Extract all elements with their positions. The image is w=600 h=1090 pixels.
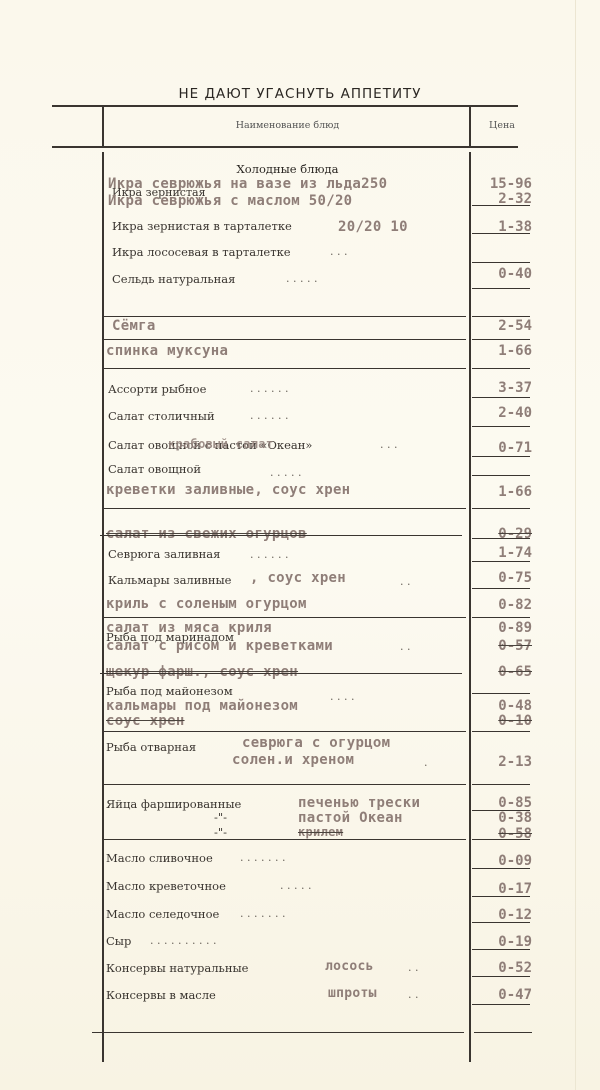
table-col-divider [469, 152, 471, 1062]
leader-dots: . . . . . . . [240, 851, 285, 864]
row-rule [104, 784, 466, 785]
price-underline [472, 475, 530, 476]
price: 15-96 [480, 176, 532, 192]
price-underline [472, 1004, 530, 1005]
typed-item: креветки заливные, соус хрен [106, 482, 350, 498]
price-underline [472, 949, 530, 950]
price-underline [472, 839, 530, 840]
printed-item: Консервы в масле [106, 988, 216, 1002]
printed-item: Масло сливочное [106, 851, 213, 865]
printed-item: Рыба под майонезом [106, 684, 233, 698]
typed-item: печенью трески [298, 795, 420, 811]
price: 0-17 [480, 881, 532, 897]
price: 0-48 [480, 698, 532, 714]
leader-dots: . . [400, 640, 411, 653]
price-underline [472, 426, 530, 427]
typed-item-struck: салат из свежих огурцов [106, 526, 307, 542]
typed-item: солен.и хреном [232, 752, 354, 768]
typed-item-struck: крилем [298, 825, 343, 839]
leader-dots: . . . . . [280, 879, 311, 892]
price-underline [472, 922, 530, 923]
price-underline [472, 731, 530, 732]
price-underline [472, 368, 530, 369]
price-underline [472, 205, 530, 206]
typed-item: шпроты [328, 986, 377, 1001]
price-underline [472, 339, 530, 340]
price-underline [472, 508, 530, 509]
printed-item: Рыба отварная [106, 740, 196, 754]
leader-dots: . . . [380, 438, 397, 451]
price: 1-66 [480, 484, 532, 500]
row-rule [104, 617, 466, 618]
price: 0-82 [480, 597, 532, 613]
price: 1-66 [480, 343, 532, 359]
typed-item: пастой Океан [298, 810, 403, 826]
price: 0-57 [480, 638, 532, 654]
printed-item: Салат овощной [108, 462, 201, 476]
price-underline [472, 316, 530, 317]
price-underline [472, 233, 530, 234]
price: 0-38 [480, 810, 532, 826]
typed-item: Икра севрюжья с маслом 50/20 [108, 193, 352, 209]
printed-item: Консервы натуральные [106, 961, 248, 975]
table-left-border [102, 152, 104, 1062]
typed-item: лосось [325, 959, 374, 974]
price-underline [472, 456, 530, 457]
typed-item: 20/20 10 [338, 219, 408, 235]
ditto-mark: -"- [214, 825, 227, 839]
leader-dots: . [424, 756, 428, 769]
price: 2-40 [480, 405, 532, 421]
row-rule [104, 731, 466, 732]
leader-dots: . . . . [330, 690, 354, 703]
page-title: НЕ ДАЮТ УГАСНУТЬ АППЕТИТУ [0, 86, 600, 102]
price-underline [472, 262, 530, 263]
typed-item-struck: щекур фарш., соус хрен [106, 664, 298, 680]
row-rule [104, 316, 466, 317]
typed-item: криль с соленым огурцом [106, 596, 307, 612]
printed-item: Ассорти рыбное [108, 382, 206, 396]
typed-item: кальмары под майонезом [106, 698, 298, 714]
price: 0-19 [480, 934, 532, 950]
price: 0-75 [480, 570, 532, 586]
section-title-cold-dishes: Холодные блюда [110, 162, 465, 176]
header-col-divider [469, 106, 471, 146]
typed-item: , соус хрен [250, 570, 346, 586]
price: 1-74 [480, 545, 532, 561]
price-underline [472, 976, 530, 977]
typed-overprint: крабовый салат [168, 437, 273, 451]
price-underline [472, 693, 530, 694]
price-underline [472, 784, 530, 785]
price-struck: 0-10 [480, 713, 532, 729]
row-rule [104, 508, 466, 509]
row-rule [104, 339, 466, 340]
price: 0-85 [480, 795, 532, 811]
printed-item: Икра лососевая в тарталетке [112, 245, 291, 259]
price-underline [472, 588, 530, 589]
strike-rule [100, 673, 462, 674]
price: 2-13 [480, 754, 532, 770]
price: 0-47 [480, 987, 532, 1003]
header-bottom-rule [52, 146, 518, 148]
price-struck: 0-65 [480, 664, 532, 680]
price: 2-54 [480, 318, 532, 334]
price: 0-52 [480, 960, 532, 976]
leader-dots: . . . [330, 245, 347, 258]
header-top-rule [52, 105, 518, 107]
leader-dots: . . [400, 575, 411, 588]
printed-item: Сельдь натуральная [112, 272, 235, 286]
typed-item: спинка муксуна [106, 343, 228, 359]
price-underline [472, 397, 530, 398]
column-header-price: Цена [472, 120, 532, 131]
price: 0-12 [480, 907, 532, 923]
leader-dots: . . . . . . . [240, 907, 285, 920]
leader-dots: . . . . . . [250, 548, 288, 561]
leader-dots: . . . . . . [250, 382, 288, 395]
header-left-border [102, 106, 104, 146]
table-bottom-rule [92, 1032, 464, 1033]
printed-item: Яйца фаршированные [106, 797, 241, 811]
leader-dots: . . . . . . [250, 409, 288, 422]
price-underline [472, 538, 530, 539]
leader-dots: . . . . . [270, 466, 301, 479]
price: 0-71 [480, 440, 532, 456]
price-underline [472, 288, 530, 289]
price-struck: 0-29 [480, 526, 532, 542]
leader-dots: . . . . . [286, 272, 317, 285]
price: 0-40 [480, 266, 532, 282]
price-underline [472, 561, 530, 562]
price-underline [472, 868, 530, 869]
printed-item: Кальмары заливные [108, 573, 232, 587]
price-underline [472, 896, 530, 897]
printed-item: Салат столичный [108, 409, 215, 423]
price-underline [472, 617, 530, 618]
typed-item: Сёмга [112, 318, 156, 334]
printed-item: Севрюга заливная [108, 547, 220, 561]
leader-dots: . . [408, 988, 419, 1001]
page-edge [575, 0, 576, 1090]
typed-item-struck: соус хрен [106, 713, 185, 729]
price: 0-09 [480, 853, 532, 869]
ditto-mark: -"- [214, 810, 227, 824]
row-rule [104, 839, 466, 840]
price: 3-37 [480, 380, 532, 396]
printed-item: Сыр [106, 934, 131, 948]
row-rule [104, 368, 466, 369]
leader-dots: . . . . . . . . . . [150, 934, 216, 947]
strike-rule [100, 535, 462, 536]
printed-item: Икра зернистая в тарталетке [112, 219, 292, 233]
column-header-name: Наименование блюд [110, 120, 465, 131]
printed-item: Масло креветочное [106, 879, 226, 893]
leader-dots: . . [408, 961, 419, 974]
printed-item: Масло селедочное [106, 907, 219, 921]
price: 0-89 [480, 620, 532, 636]
typed-item: салат с рисом и креветками [106, 638, 333, 654]
typed-item: севрюга с огурцом [242, 735, 390, 751]
menu-page: НЕ ДАЮТ УГАСНУТЬ АППЕТИТУ Наименование б… [0, 0, 600, 1090]
price-bottom-rule [474, 1032, 532, 1033]
